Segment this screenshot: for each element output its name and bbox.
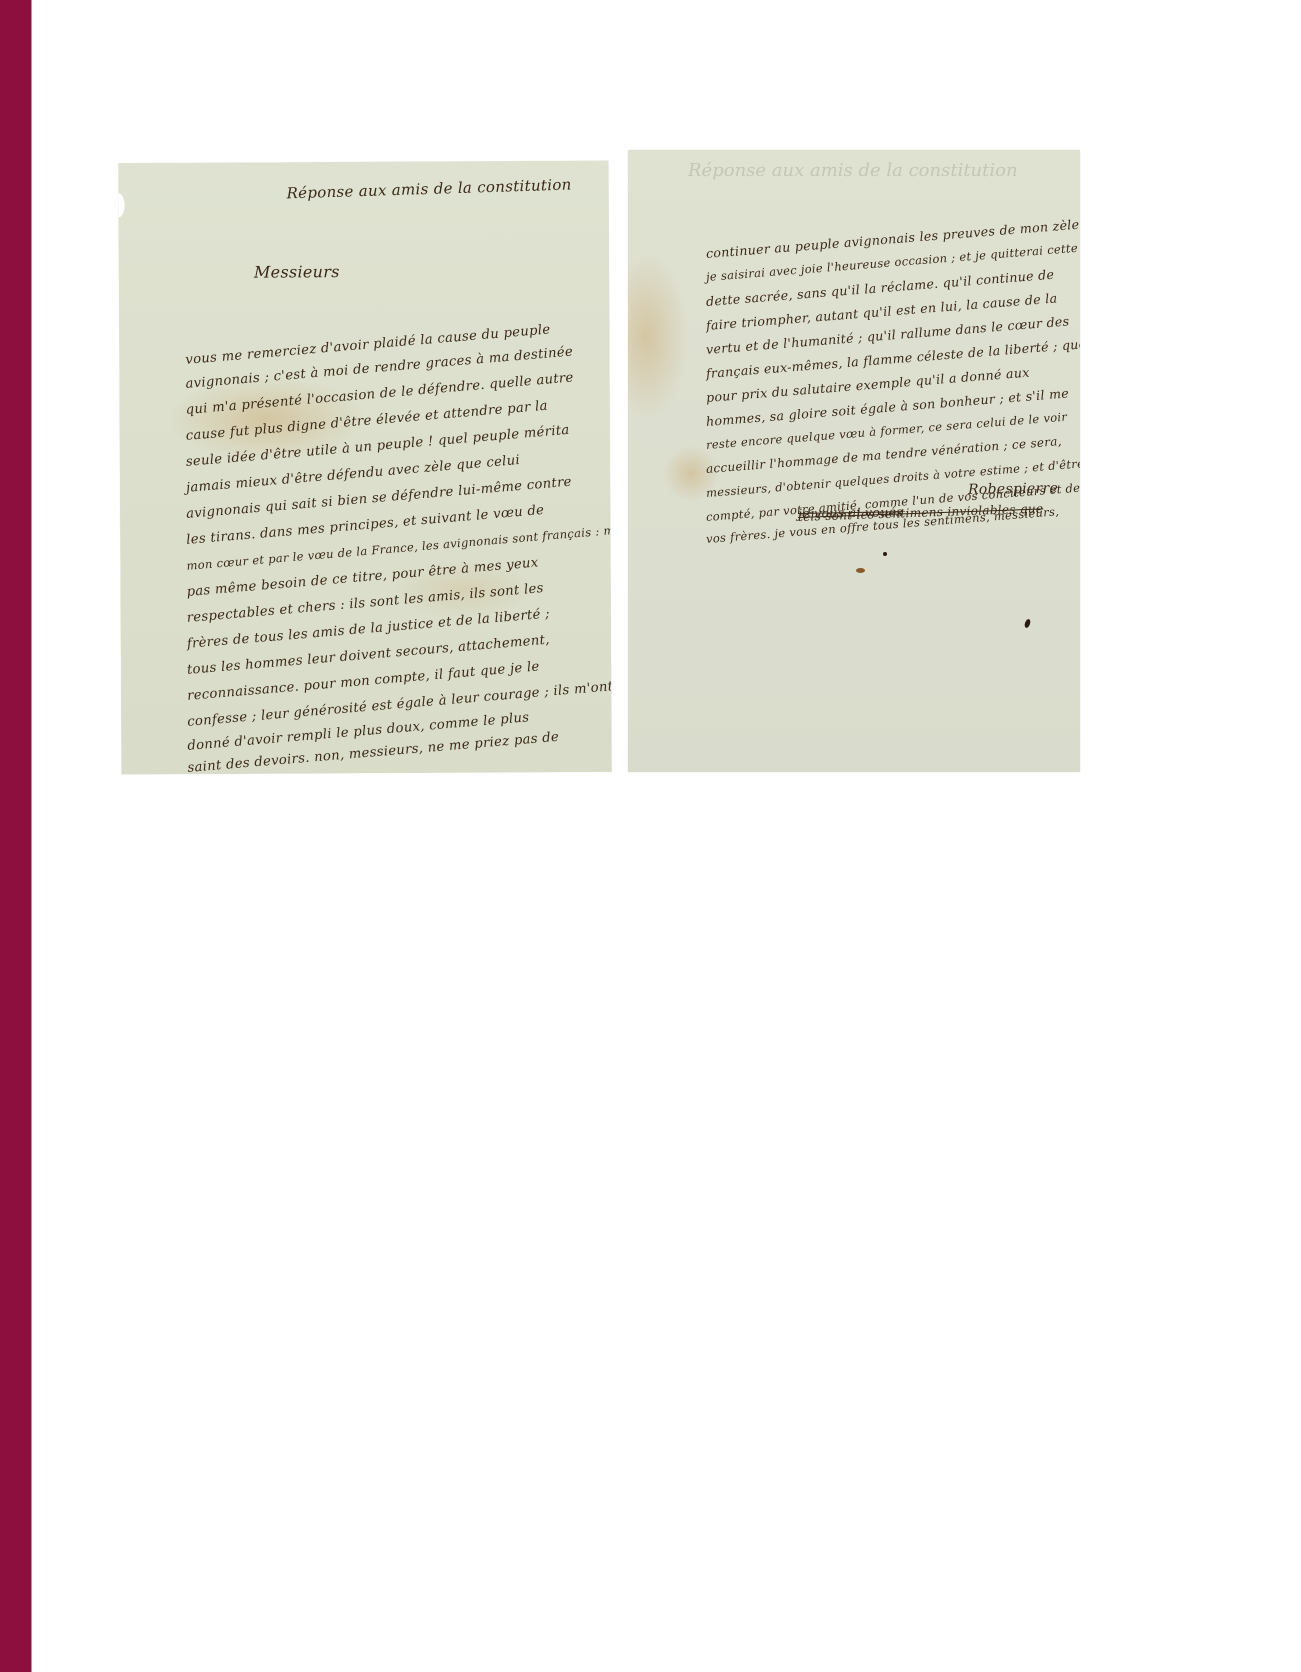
manuscript-page-left: Réponse aux amis de la constitution Mess… bbox=[118, 161, 611, 775]
stain-spot bbox=[856, 568, 865, 573]
signature: Robespierre bbox=[968, 480, 1058, 498]
letter-salutation: Messieurs bbox=[254, 262, 340, 281]
paper-tear bbox=[118, 193, 124, 217]
ink-spot bbox=[883, 552, 887, 556]
letter-title: Réponse aux amis de la constitution bbox=[286, 175, 572, 202]
ink-spot bbox=[1024, 618, 1032, 628]
manuscript-page-right: Réponse aux amis de la constitution cont… bbox=[628, 150, 1080, 772]
accent-side-bar bbox=[0, 0, 32, 1672]
bleed-through-text: Réponse aux amis de la constitution bbox=[688, 160, 1018, 181]
struck-line: je vous ai voués bbox=[798, 504, 903, 521]
